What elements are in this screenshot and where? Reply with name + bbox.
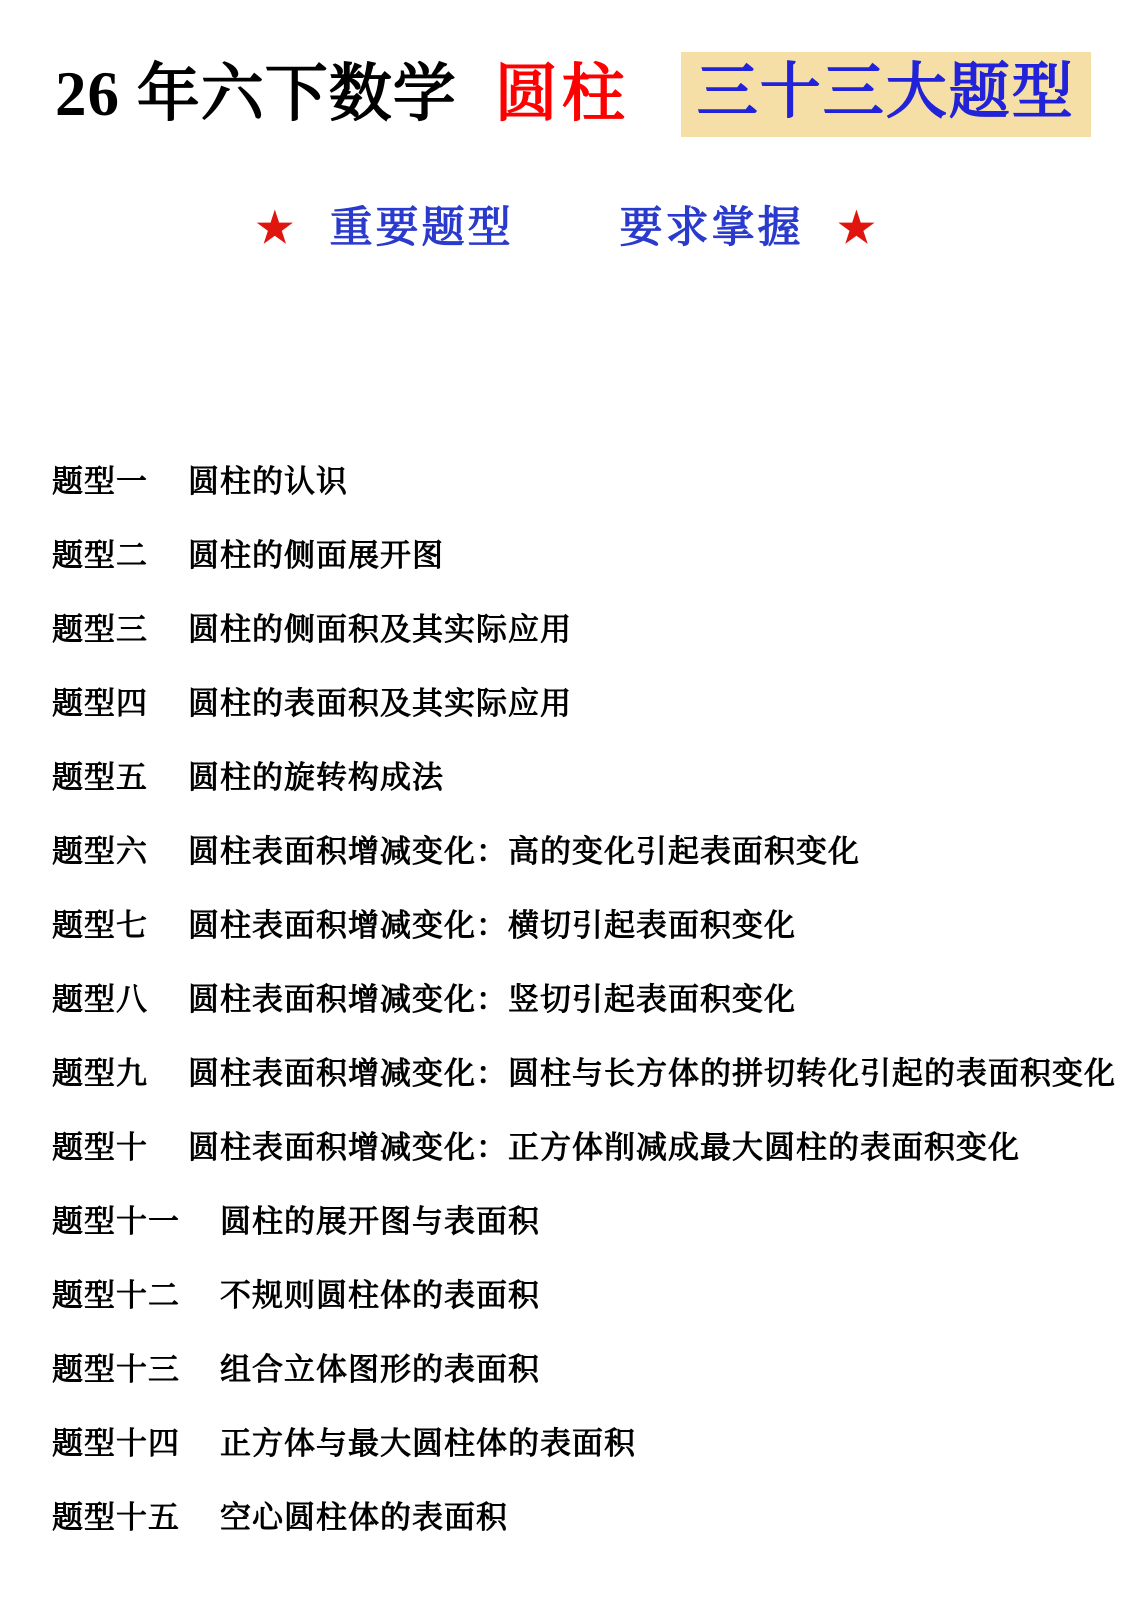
list-item: 题型六 圆柱表面积增减变化：高的变化引起表面积变化	[52, 811, 1111, 885]
document-page: 26 年六下数学 圆柱 三十三大题型 ★ 重要题型 要求掌握 ★ 题型一 圆柱的…	[0, 0, 1131, 1600]
list-item: 题型十 圆柱表面积增减变化：正方体削减成最大圆柱的表面积变化	[52, 1107, 1111, 1181]
list-item: 题型八 圆柱表面积增减变化：竖切引起表面积变化	[52, 959, 1111, 1033]
item-label: 题型十四	[52, 1418, 180, 1463]
item-text: 圆柱表面积增减变化：正方体削减成最大圆柱的表面积变化	[188, 1122, 1020, 1167]
subtitle-important-label: 重要题型	[330, 203, 514, 255]
item-label: 题型九	[52, 1048, 148, 1093]
item-text: 圆柱表面积增减变化：高的变化引起表面积变化	[188, 826, 860, 871]
list-item: 题型四 圆柱的表面积及其实际应用	[52, 663, 1111, 737]
list-item: 题型十二 不规则圆柱体的表面积	[52, 1255, 1111, 1329]
list-item: 题型十五 空心圆柱体的表面积	[52, 1477, 1111, 1551]
list-item: 题型十四 正方体与最大圆柱体的表面积	[52, 1403, 1111, 1477]
page-title: 26 年六下数学 圆柱 三十三大题型	[55, 52, 1091, 137]
list-item: 题型五 圆柱的旋转构成法	[52, 737, 1111, 811]
list-item: 题型七 圆柱表面积增减变化：横切引起表面积变化	[52, 885, 1111, 959]
item-label: 题型十三	[52, 1344, 180, 1389]
item-label: 题型十五	[52, 1492, 180, 1537]
item-label: 题型六	[52, 826, 148, 871]
title-highlight-badge: 三十三大题型	[681, 52, 1091, 137]
list-item: 题型十三 组合立体图形的表面积	[52, 1329, 1111, 1403]
star-icon: ★	[838, 208, 876, 250]
subtitle: ★ 重要题型 要求掌握 ★	[256, 203, 875, 255]
item-label: 题型七	[52, 900, 148, 945]
item-label: 题型二	[52, 530, 148, 575]
item-text: 圆柱表面积增减变化：横切引起表面积变化	[188, 900, 796, 945]
item-text: 圆柱的侧面积及其实际应用	[188, 604, 572, 649]
item-text: 圆柱的表面积及其实际应用	[188, 678, 572, 723]
item-text: 圆柱表面积增减变化：竖切引起表面积变化	[188, 974, 796, 1019]
item-text: 组合立体图形的表面积	[220, 1344, 540, 1389]
item-label: 题型十	[52, 1122, 148, 1167]
list-item: 题型二 圆柱的侧面展开图	[52, 515, 1111, 589]
item-label: 题型十一	[52, 1196, 180, 1241]
item-label: 题型八	[52, 974, 148, 1019]
list-item: 题型一 圆柱的认识	[52, 441, 1111, 515]
item-text: 圆柱的旋转构成法	[188, 752, 444, 797]
title-course: 26 年六下数学	[55, 63, 457, 126]
item-label: 题型四	[52, 678, 148, 723]
item-text: 圆柱的侧面展开图	[188, 530, 444, 575]
item-text: 空心圆柱体的表面积	[220, 1492, 508, 1537]
item-label: 题型一	[52, 456, 148, 501]
list-item: 题型九 圆柱表面积增减变化：圆柱与长方体的拼切转化引起的表面积变化	[52, 1033, 1111, 1107]
list-item: 题型三 圆柱的侧面积及其实际应用	[52, 589, 1111, 663]
item-text: 不规则圆柱体的表面积	[220, 1270, 540, 1315]
item-text: 圆柱表面积增减变化：圆柱与长方体的拼切转化引起的表面积变化	[188, 1048, 1116, 1093]
title-topic: 圆柱	[495, 63, 629, 126]
item-label: 题型五	[52, 752, 148, 797]
item-label: 题型三	[52, 604, 148, 649]
item-text: 正方体与最大圆柱体的表面积	[220, 1418, 636, 1463]
item-text: 圆柱的认识	[188, 456, 348, 501]
subtitle-mastery-label: 要求掌握	[620, 203, 804, 255]
item-text: 圆柱的展开图与表面积	[220, 1196, 540, 1241]
item-label: 题型十二	[52, 1270, 180, 1315]
star-icon: ★	[256, 208, 294, 250]
topic-list: 题型一 圆柱的认识 题型二 圆柱的侧面展开图 题型三 圆柱的侧面积及其实际应用 …	[52, 441, 1111, 1551]
list-item: 题型十一 圆柱的展开图与表面积	[52, 1181, 1111, 1255]
